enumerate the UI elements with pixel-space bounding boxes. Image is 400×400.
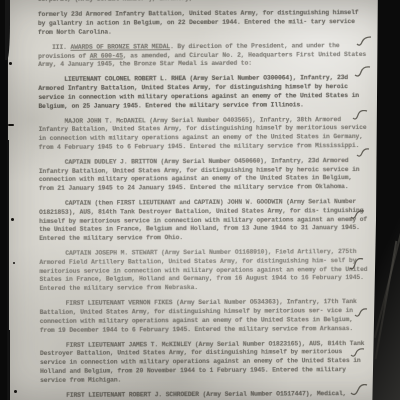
scan-speck <box>14 390 17 393</box>
scan-edge-right <box>370 0 400 400</box>
pen-checkmark <box>348 258 364 271</box>
section-heading: III. AWARDS OF BRONZE STAR MEDAL. By dir… <box>38 42 366 70</box>
award-paragraph-fikes: FIRST LIEUTENANT VERNON FIKES (Army Seri… <box>40 298 368 335</box>
heading-regulation: AR 600-45 <box>90 52 123 59</box>
pen-checkmark <box>354 66 371 78</box>
document-text: Corporal, (Army Serial Number ), Infantr… <box>38 0 369 400</box>
pen-checkmark <box>350 384 368 397</box>
award-paragraph-rhea: LIEUTENANT COLONEL ROBERT L. RHEA (Army … <box>38 74 366 111</box>
pen-checkmark <box>350 210 365 221</box>
pen-checkmark <box>354 308 368 319</box>
cutoff-top-line: Corporal, (Army Serial Number ), Infantr… <box>38 0 366 5</box>
award-paragraph-mcdaniel: MAJOR JOHN T. McDANIEL (Army Serial Numb… <box>38 116 366 153</box>
award-paragraph-goodwin: CAPTAIN (then FIRST LIEUTENANT and CAPTA… <box>39 198 367 244</box>
heading-number: III. <box>52 44 70 51</box>
scan-speck <box>9 62 12 65</box>
pen-checkmark <box>356 36 372 48</box>
heading-title: AWARDS OF BRONZE STAR MEDAL <box>70 43 170 51</box>
scan-speck <box>8 124 14 126</box>
continuation-paragraph: formerly 23d Armored Infantry Battalion,… <box>38 9 366 37</box>
award-paragraph-mckinley: FIRST LIEUTENANT JAMES T. McKINLEY (Army… <box>40 340 368 386</box>
award-paragraph-stewart: CAPTAIN JOSEPH M. STEWART (Army Serial N… <box>39 248 367 294</box>
pen-checkmark <box>356 148 370 159</box>
pen-checkmark <box>350 348 365 359</box>
scan-speck <box>11 218 14 221</box>
award-paragraph-schroeder: FIRST LIEUTENANT ROBERT J. SCHROEDER (Ar… <box>40 390 368 400</box>
award-paragraph-britton: CAPTAIN DUDLEY J. BRITTON (Army Serial N… <box>39 157 367 194</box>
pen-checkmark <box>352 110 368 122</box>
scan-streak <box>374 192 400 338</box>
scan-edge-left <box>0 0 7 400</box>
scan-streak <box>374 241 396 359</box>
scanned-document-page: Corporal, (Army Serial Number ), Infantr… <box>0 0 400 400</box>
scan-speck <box>13 262 15 264</box>
